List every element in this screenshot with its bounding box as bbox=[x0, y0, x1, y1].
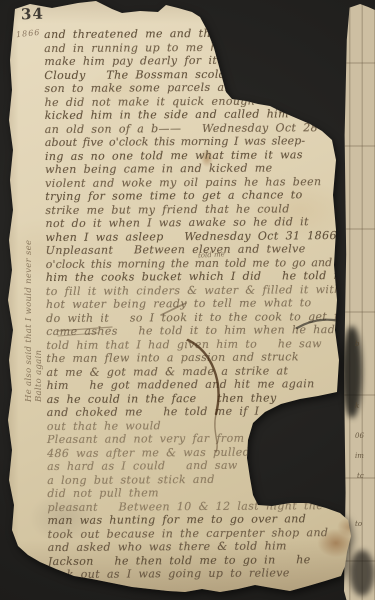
margin-note-line: Balto again bbox=[34, 144, 44, 402]
handwriting-line: ing as no one told me what time it was bbox=[45, 147, 345, 163]
handwriting-line: and choked me he told me if I bbox=[47, 404, 347, 420]
handwriting-line: and threatened me and then bbox=[44, 26, 344, 42]
manuscript-page-wrap: 34 1866 He also said that I would never … bbox=[0, 0, 375, 600]
handwriting-line: as hard as I could and saw bbox=[47, 458, 347, 474]
handwriting-line: Jackson he then told me to go in he bbox=[48, 552, 348, 568]
manuscript-page: 34 1866 He also said that I would never … bbox=[0, 0, 375, 600]
handwriting-line: make him pay dearly for it bbox=[44, 53, 344, 69]
handwriting-block: and threatened me and thenand in running… bbox=[44, 26, 348, 582]
handwriting-line: Cloudy The Bossman scolded his bbox=[44, 66, 344, 82]
photo-backdrop: bk06imtcto 34 1866 He also said that I w… bbox=[0, 0, 375, 600]
margin-note: He also said that I would never see Balt… bbox=[24, 144, 44, 402]
page-number: 34 bbox=[21, 5, 44, 24]
year-label: 1866 bbox=[16, 28, 41, 39]
handwriting-line: and in running up to me he said bbox=[44, 39, 344, 55]
handwriting-line: out that he would bbox=[47, 417, 347, 433]
handwriting-line: son to make some parcels and when bbox=[44, 80, 344, 96]
interline-insertion: told me bbox=[198, 250, 225, 259]
handwriting-line: took out as I was going up to relieve bbox=[48, 566, 348, 582]
handwriting-line: did not pull them bbox=[47, 485, 347, 501]
handwriting-line: him he got maddened and hit me again bbox=[47, 377, 347, 393]
handwriting-line: not do it when I was awake so he did it bbox=[45, 215, 345, 231]
handwriting-line: he did not make it quick enough he bbox=[45, 93, 345, 109]
handwriting-line: trying for some time to get a chance to bbox=[45, 188, 345, 204]
handwriting-line: 486 was after me & was pulled bbox=[47, 444, 347, 460]
handwriting-line: about five o'clock this morning I was sl… bbox=[45, 134, 345, 150]
margin-note-line: He also said that I would never see bbox=[24, 144, 34, 402]
handwriting-line: man was hunting for me to go over and bbox=[47, 512, 347, 528]
handwriting-line: pleasant Between 10 & 12 last night the bbox=[47, 498, 347, 514]
handwriting-line: as he could in the face then they bbox=[47, 390, 347, 406]
handwriting-line: a long but stout stick and bbox=[47, 471, 347, 487]
handwriting-line: the man flew into a passion and struck bbox=[46, 350, 346, 366]
handwriting-line: Unpleasant Between eleven and twelve bbox=[46, 242, 346, 258]
handwriting-line: took out because in the carpenter shop a… bbox=[48, 525, 348, 541]
handwriting-line: Pleasant and not very far from bbox=[47, 431, 347, 447]
